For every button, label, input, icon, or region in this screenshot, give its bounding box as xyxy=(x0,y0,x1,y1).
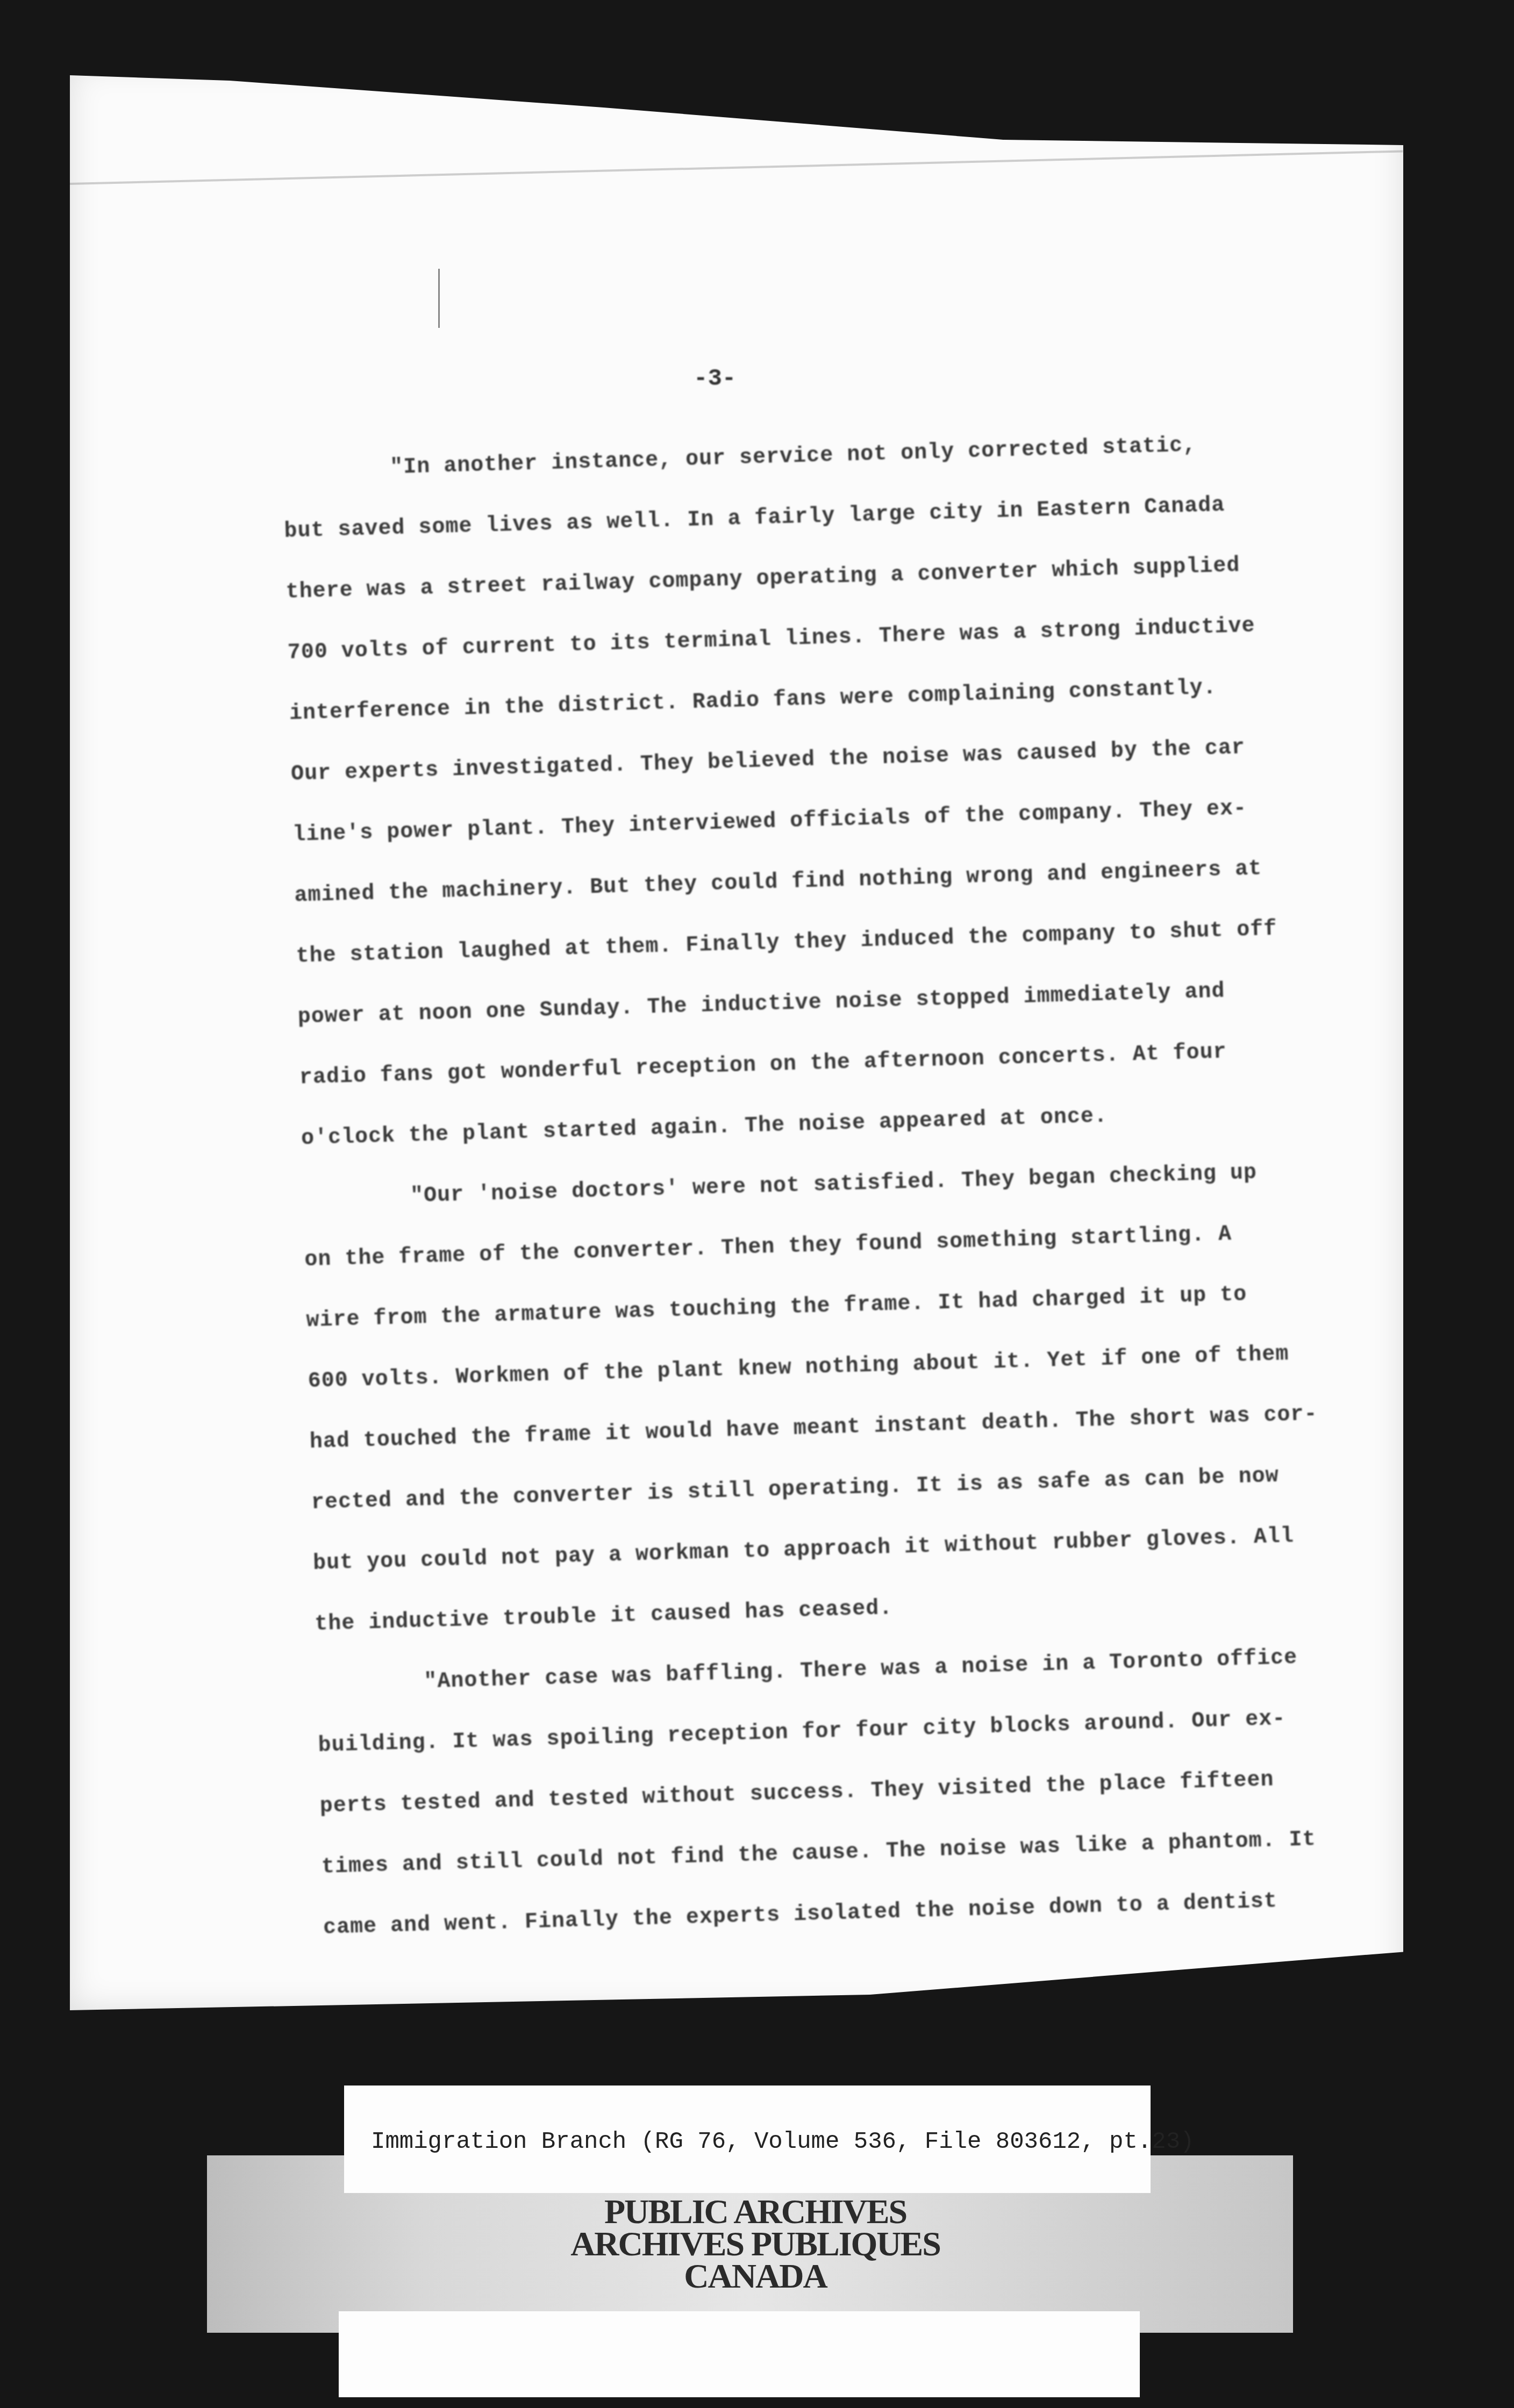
margin-mark xyxy=(438,269,440,328)
paragraph-2: "Our 'noise doctors' were not satisfied.… xyxy=(302,1140,1363,1655)
paragraph-3: "Another case was baffling. There was a … xyxy=(316,1626,1372,1959)
stamp-line: ARCHIVES PUBLIQUES xyxy=(554,2228,957,2260)
bottom-blank-card xyxy=(339,2311,1140,2397)
paragraph-1: "In another instance, our service not on… xyxy=(282,411,1350,1169)
typewritten-body: "In another instance, our service not on… xyxy=(280,336,1372,1959)
archive-reference: Immigration Branch (RG 76, Volume 536, F… xyxy=(371,2128,1194,2155)
stamp-line: PUBLIC ARCHIVES xyxy=(554,2196,957,2228)
archive-stamp: PUBLIC ARCHIVES ARCHIVES PUBLIQUES CANAD… xyxy=(554,2196,957,2292)
stamp-line: CANADA xyxy=(554,2260,957,2292)
